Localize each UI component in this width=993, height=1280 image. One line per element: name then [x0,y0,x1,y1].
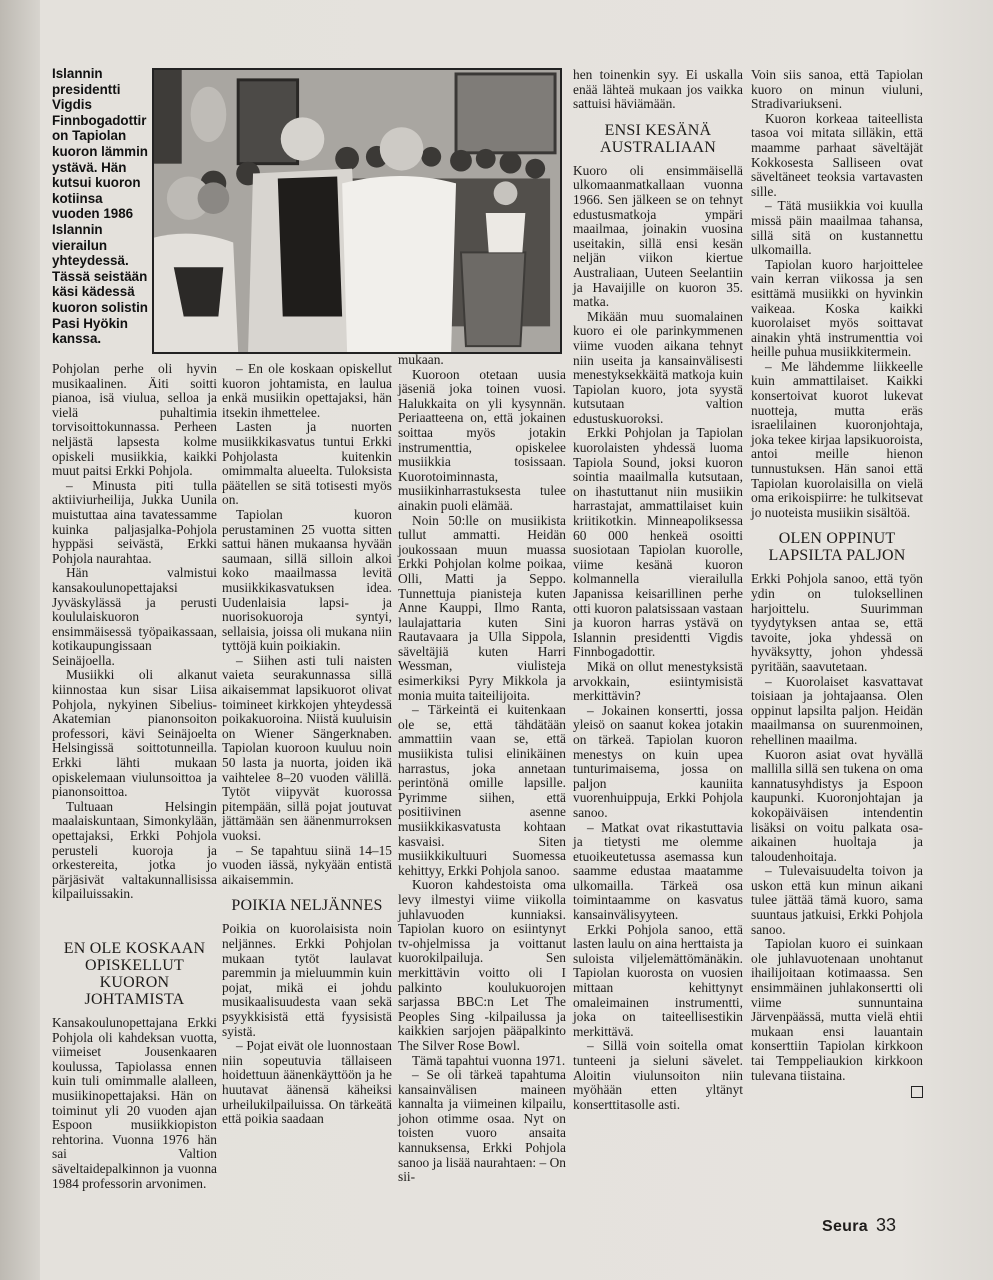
magazine-logo: Seura [822,1218,868,1236]
paragraph: mukaan. [398,353,566,368]
section-heading: EN OLE KOSKAAN OPISKELLUT KUORON JOHTAMI… [52,940,217,1008]
paragraph: Mikä on ollut menestyksistä arvokkain, e… [573,660,743,704]
article-column-5: Voin siis sanoa, että Tapiolan kuoro on … [751,68,923,1098]
section-heading: POIKIA NELJÄNNES [222,897,392,914]
paragraph: Hän valmistui kansakoulunopettajaksi Jyv… [52,566,217,668]
paragraph: Tapiolan kuoro harjoittelee vain kerran … [751,258,923,360]
paragraph: – Pojat eivät ole luonnostaan niin sopeu… [222,1039,392,1127]
paragraph: Tultuaan Helsingin maalaiskuntaan, Simon… [52,800,217,902]
paragraph: Lasten ja nuorten musiikkikasvatus tuntu… [222,420,392,508]
paragraph: Poikia on kuorolaisista noin neljännes. … [222,922,392,1039]
paragraph: – Se tapahtuu siinä 14–15 vuoden iässä, … [222,844,392,888]
paragraph: Mikään muu suomalainen kuoro ei ole pari… [573,310,743,427]
paragraph: Tapiolan kuoro ei suinkaan ole juhlavuot… [751,937,923,1083]
paragraph: – Siihen asti tuli naisten vaieta seurak… [222,654,392,844]
paragraph: – Tärkeintä ei kuitenkaan ole se, että t… [398,703,566,878]
page-number: 33 [876,1215,896,1236]
paragraph: Kuoroon otetaan uusia jäseniä joka toine… [398,368,566,514]
paragraph: Kuoron korkeaa taiteellista tasoa voi mi… [751,112,923,200]
paragraph: Musiikki oli alkanut kiinnostaa kun sisa… [52,668,217,799]
page-footer: Seura 33 [822,1215,896,1236]
article-column-4: hen toinenkin syy. Ei uskalla enää lähte… [573,68,743,1112]
end-of-article-square-icon [911,1086,923,1098]
section-heading: ENSI KESÄNÄ AUSTRALIAAN [573,122,743,156]
paragraph: – En ole koskaan opiskellut kuoron johta… [222,362,392,420]
paragraph: Kansakoulunopettajana Erkki Pohjola oli … [52,1016,217,1191]
page-gutter [0,0,40,1280]
paragraph: – Tätä musiikkia voi kuulla missä päin m… [751,199,923,257]
paragraph: Kuoron asiat ovat hyvällä mallilla sillä… [751,748,923,865]
paragraph: – Me lähdemme liikkeelle kuin ammattilai… [751,360,923,521]
article-column-2: – En ole koskaan opiskellut kuoron johta… [222,362,392,1127]
paragraph: – Kuorolaiset kasvattavat toisiaan ja jo… [751,675,923,748]
article-column-3: mukaan. Kuoroon otetaan uusia jäseniä jo… [398,353,566,1185]
paragraph: Erkki Pohjolan ja Tapiolan kuorolaisten … [573,426,743,660]
article-column-1-lower: EN OLE KOSKAAN OPISKELLUT KUORON JOHTAMI… [52,930,217,1191]
magazine-page: Islannin presidentti Vigdis Finnbogadott… [0,0,993,1280]
paragraph: hen toinenkin syy. Ei uskalla enää lähte… [573,68,743,112]
section-heading: OLEN OPPINUT LAPSILTA PALJON [751,530,923,564]
article-photo [152,68,562,354]
photo-illustration-icon [154,70,560,352]
paragraph: Kuoron kahdestoista oma levy ilmestyi vi… [398,878,566,1053]
paragraph: Pohjolan perhe oli hyvin musikaalinen. Ä… [52,362,217,479]
paragraph: – Minusta piti tulla aktiiviurheilija, J… [52,479,217,567]
photo-caption: Islannin presidentti Vigdis Finnbogadott… [52,66,152,347]
paragraph: Erkki Pohjola sanoo, että työn ydin on t… [751,572,923,674]
paragraph: – Jokainen konsertti, jossa yleisö on sa… [573,704,743,821]
paragraph: – Matkat ovat rikastuttavia ja tietysti … [573,821,743,923]
paragraph: – Tulevaisuudelta toivon ja uskon että k… [751,864,923,937]
paragraph: – Se oli tärkeä tapahtuma kansainvälisen… [398,1068,566,1185]
paragraph: Tämä tapahtui vuonna 1971. [398,1054,566,1069]
paragraph: Noin 50:lle on musiikista tullut ammatti… [398,514,566,704]
paragraph: Voin siis sanoa, että Tapiolan kuoro on … [751,68,923,112]
paragraph: Erkki Pohjola sanoo, että lasten laulu o… [573,923,743,1040]
paragraph: – Sillä voin soitella omat tunteeni ja s… [573,1039,743,1112]
paragraph: Kuoro oli ensimmäisellä ulkomaanmatkalla… [573,164,743,310]
article-column-1: Pohjolan perhe oli hyvin musikaalinen. Ä… [52,362,217,902]
paragraph: Tapiolan kuoron perustaminen 25 vuotta s… [222,508,392,654]
